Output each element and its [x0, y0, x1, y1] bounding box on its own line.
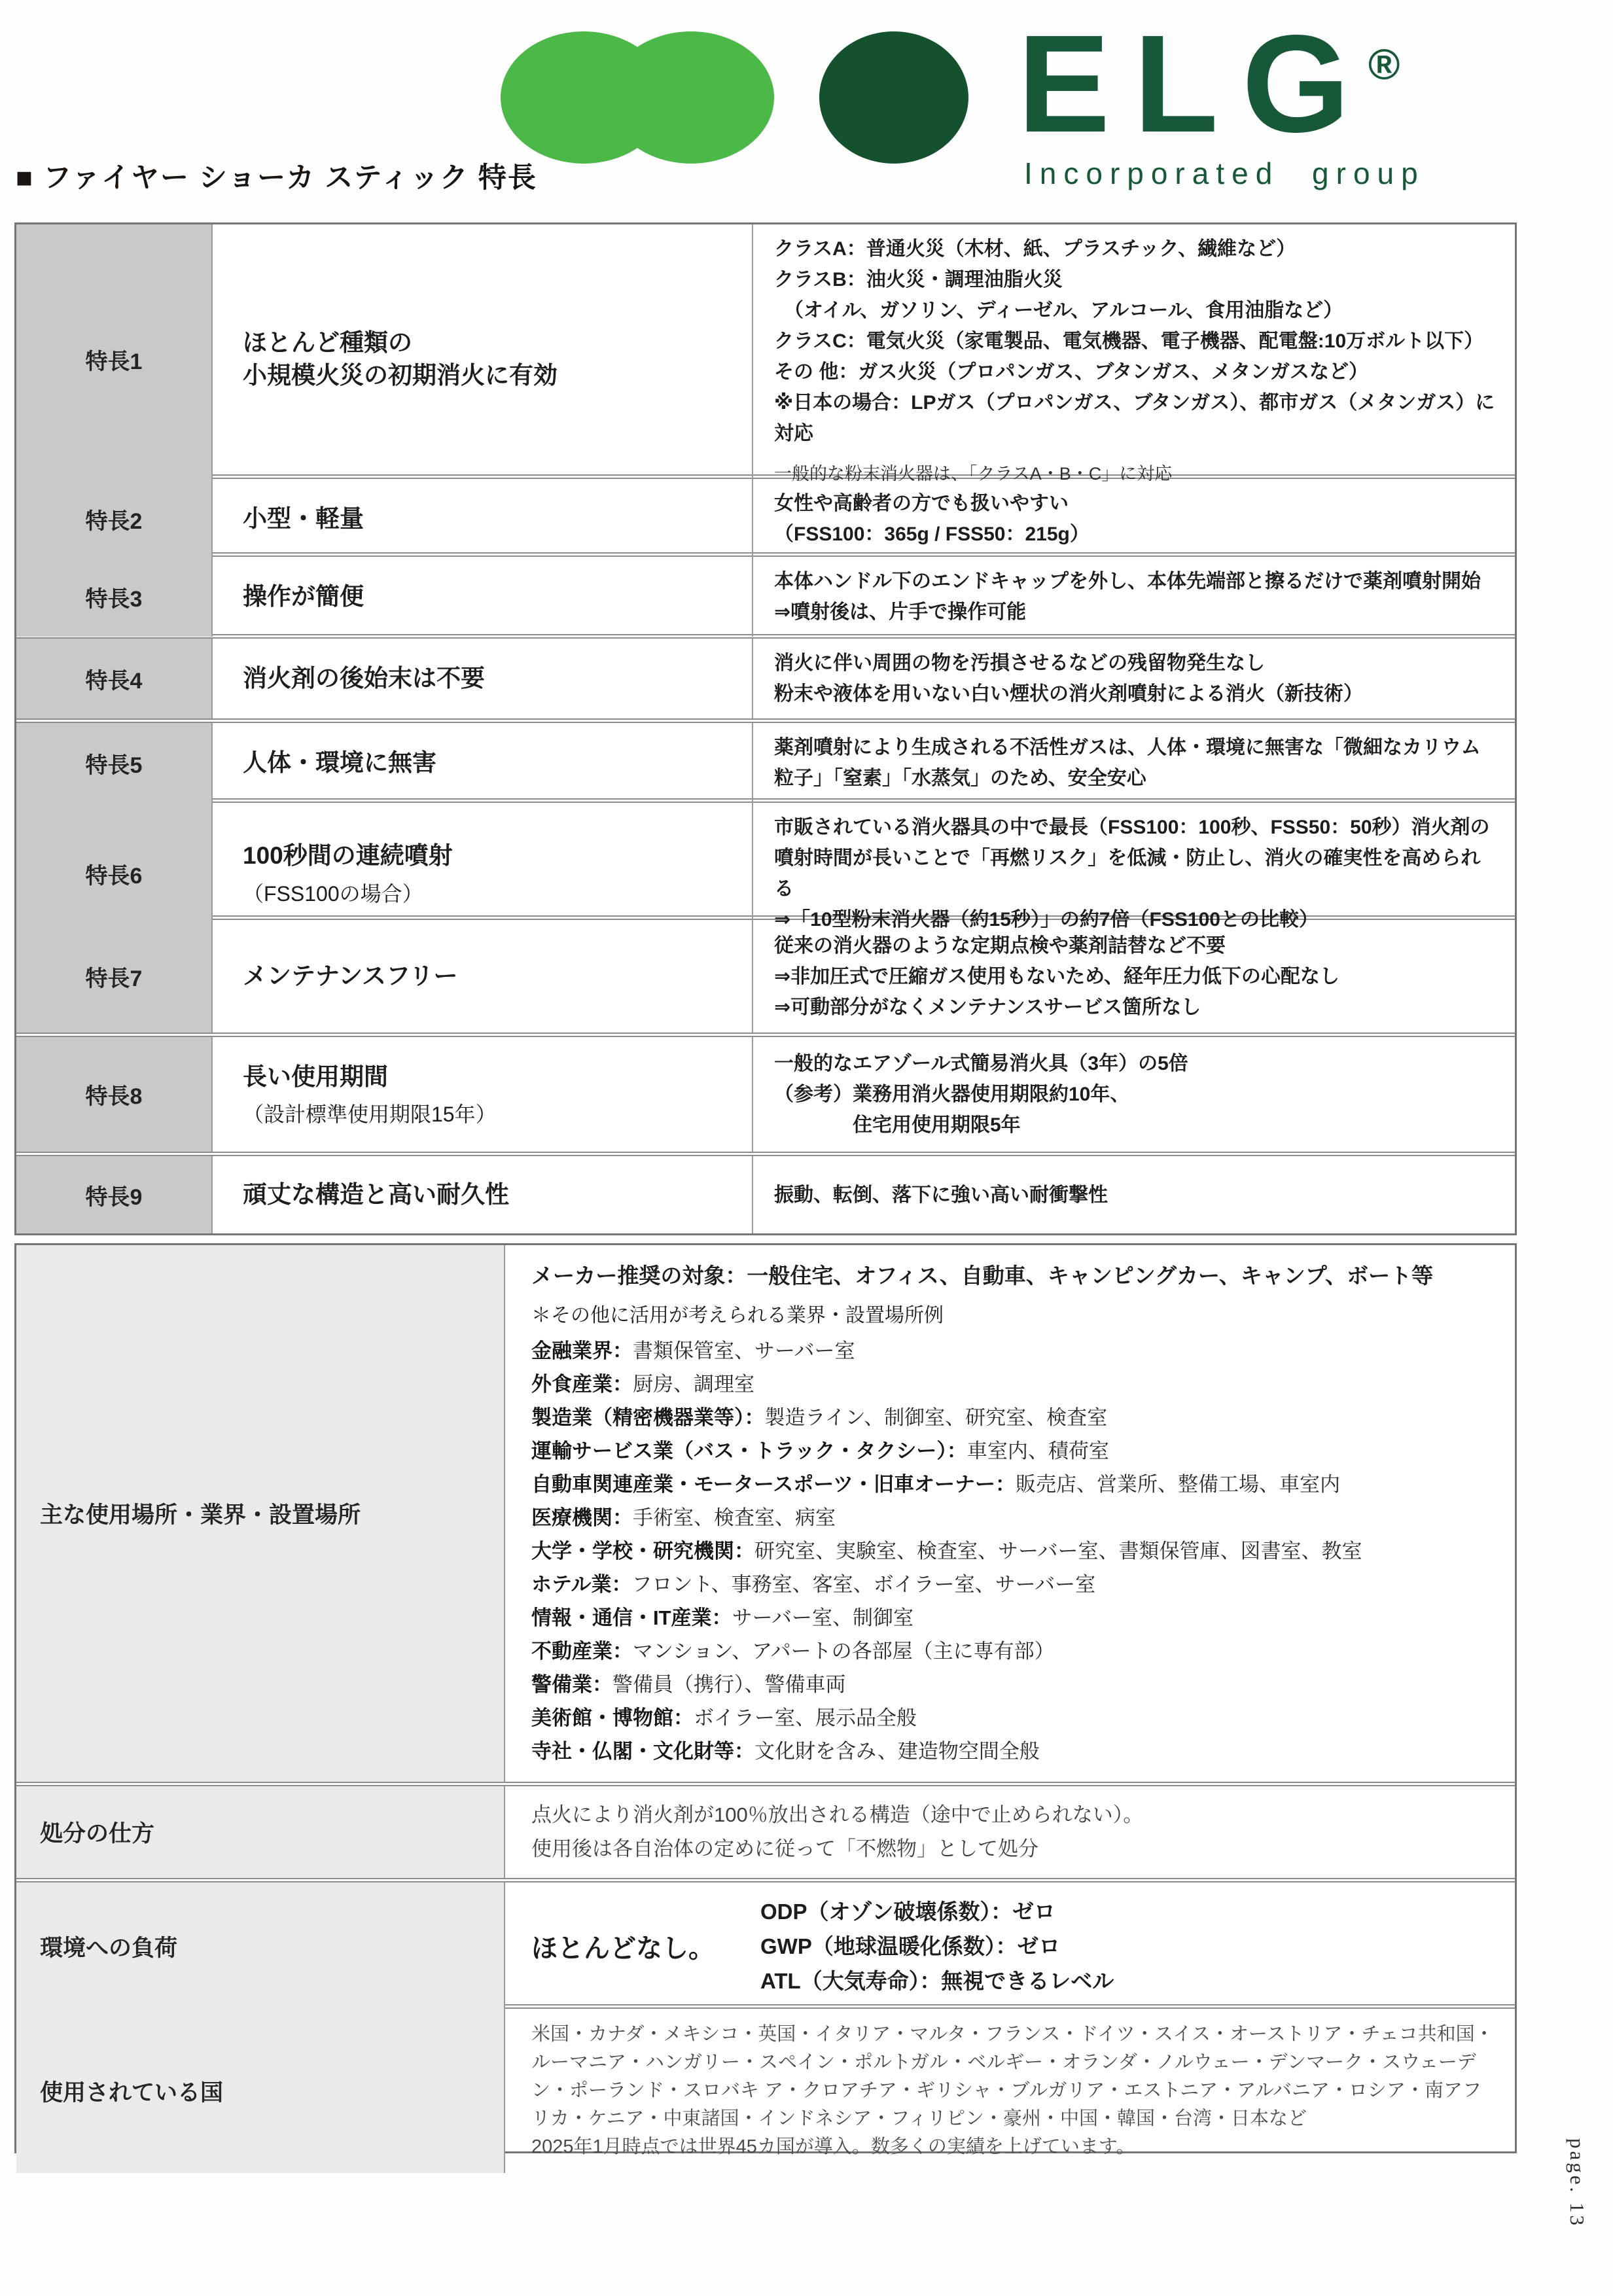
- feature-desc-cell: 従来の消火器のような定期点検や薬剤詰替など不要 ⇒非加圧式で圧縮ガス使用もないた…: [752, 920, 1515, 1033]
- feature-title: ほとんど種類の 小規模火災の初期消火に有効: [243, 327, 739, 392]
- feature-label: 特長2: [16, 479, 211, 559]
- feature-desc-cell: 消火に伴い周囲の物を汚損させるなどの残留物発生なし 粉末や液体を用いない白い煙状…: [752, 639, 1515, 718]
- table-row: 特長2 小型・軽量 女性や高齢者の方でも扱いやすい （FSS100：365g /…: [16, 474, 1515, 552]
- list-item: 製造業（精密機器業等）：製造ライン、制御室、研究室、検査室: [531, 1401, 1499, 1434]
- usage-category: 外食産業：: [531, 1373, 633, 1396]
- info-table: 主な使用場所・業界・設置場所 メーカー推奨の対象：一般住宅、オフィス、自動車、キ…: [14, 1243, 1517, 2153]
- usage-places: ボイラー室、展示品全般: [694, 1706, 917, 1729]
- feature-title: 長い使用期間: [243, 1061, 739, 1093]
- environment-content: ほとんどなし。 ODP（オゾン破壊係数）：ゼロ GWP（地球温暖化係数）：ゼロ …: [531, 1894, 1499, 1998]
- feature-label: 特長7: [16, 920, 211, 1033]
- table-row: 処分の仕方 点火により消火剤が100％放出される構造（途中で止められない）。 使…: [16, 1782, 1515, 1878]
- environment-metrics: ODP（オゾン破壊係数）：ゼロ GWP（地球温暖化係数）：ゼロ ATL（大気寿命…: [760, 1894, 1114, 1998]
- list-item: 警備業：警備員（携行）、警備車両: [531, 1668, 1499, 1701]
- info-label: 環境への負荷: [16, 1882, 504, 2010]
- usage-category: ホテル業：: [531, 1573, 631, 1596]
- usage-places: サーバー室、制御室: [732, 1606, 913, 1629]
- feature-subtitle: （FSS100の場合）: [243, 877, 739, 908]
- logo-ellipse-icon: [819, 31, 968, 164]
- brand-subtitle: Incorporated group: [1024, 156, 1425, 191]
- page-number: page. 13: [1565, 2138, 1589, 2228]
- list-item: 金融業界：書類保管室、サーバー室: [531, 1334, 1499, 1368]
- table-row: 特長9 頑丈な構造と高い耐久性 振動、転倒、落下に強い高い耐衝撃性: [16, 1152, 1515, 1233]
- usage-recommend: メーカー推奨の対象：一般住宅、オフィス、自動車、キャンピングカー、キャンプ、ボー…: [531, 1259, 1499, 1290]
- logo-blob-right-icon: [608, 31, 774, 164]
- list-item: 美術館・博物館：ボイラー室、展示品全般: [531, 1701, 1499, 1735]
- disposal-cell: 点火により消火剤が100％放出される構造（途中で止められない）。 使用後は各自治…: [504, 1786, 1515, 1878]
- feature-desc: 市販されている消火器具の中で最長（FSS100：100秒、FSS50：50秒）消…: [774, 812, 1499, 935]
- brand-text: ELG: [1018, 6, 1374, 161]
- usage-category: 情報・通信・IT産業：: [531, 1606, 732, 1629]
- feature-desc: 消火に伴い周囲の物を汚損させるなどの残留物発生なし 粉末や液体を用いない白い煙状…: [774, 648, 1499, 709]
- usage-category: 金融業界：: [531, 1339, 633, 1362]
- feature-title-cell: メンテナンスフリー: [211, 920, 752, 1033]
- feature-title-cell: 小型・軽量: [211, 479, 752, 559]
- table-row: 環境への負荷 ほとんどなし。 ODP（オゾン破壊係数）：ゼロ GWP（地球温暖化…: [16, 1878, 1515, 2004]
- table-row: 主な使用場所・業界・設置場所 メーカー推奨の対象：一般住宅、オフィス、自動車、キ…: [16, 1245, 1515, 1782]
- table-row: 特長7 メンテナンスフリー 従来の消火器のような定期点検や薬剤詰替など不要 ⇒非…: [16, 915, 1515, 1033]
- table-row: 特長5 人体・環境に無害 薬剤噴射により生成される不活性ガスは、人体・環境に無害…: [16, 718, 1515, 798]
- table-row: 特長6 100秒間の連続噴射 （FSS100の場合） 市販されている消火器具の中…: [16, 798, 1515, 915]
- feature-desc: 薬剤噴射により生成される不活性ガスは、人体・環境に無害な「微細なカリウム粒子」「…: [774, 732, 1499, 794]
- usage-category: 不動産業：: [531, 1640, 633, 1663]
- usage-places: 手術室、検査室、病室: [633, 1506, 836, 1529]
- usage-places: 研究室、実験室、検査室、サーバー室、書類保管庫、図書室、教室: [754, 1540, 1362, 1563]
- feature-title: 100秒間の連続噴射: [243, 839, 739, 872]
- table-row: 使用されている国 米国・カナダ・メキシコ・英国・イタリア・マルタ・フランス・ドイ…: [16, 2004, 1515, 2151]
- feature-desc: クラスA：普通火災（木材、紙、プラスチック、繊維など） クラスB：油火災・調理油…: [774, 234, 1499, 449]
- info-label: 処分の仕方: [16, 1786, 504, 1878]
- usage-places: 厨房、調理室: [633, 1373, 754, 1396]
- registered-trademark-icon: ®: [1368, 40, 1400, 88]
- feature-desc: 一般的なエアゾール式簡易消火具（3年）の5倍 （参考）業務用消火器使用期限約10…: [774, 1048, 1499, 1140]
- document-page: ELG® Incorporated group ■ ファイヤー ショーカ スティ…: [0, 0, 1613, 2296]
- list-item: 不動産業：マンション、アパートの各部屋（主に専有部）: [531, 1634, 1499, 1668]
- usage-list: 金融業界：書類保管室、サーバー室 外食産業：厨房、調理室 製造業（精密機器業等）…: [531, 1334, 1499, 1768]
- environment-lead: ほとんどなし。: [531, 1928, 715, 1965]
- feature-label: 特長1: [16, 224, 211, 494]
- usage-category: 自動車関連産業・モータースポーツ・旧車オーナー：: [531, 1473, 1016, 1496]
- usage-places: 製造ライン、制御室、研究室、検査室: [765, 1406, 1108, 1429]
- feature-desc-cell: 女性や高齢者の方でも扱いやすい （FSS100：365g / FSS50：215…: [752, 479, 1515, 559]
- usage-places: 文化財を含み、建造物空間全般: [754, 1740, 1040, 1763]
- feature-title: 操作が簡便: [243, 580, 739, 613]
- list-item: 情報・通信・IT産業：サーバー室、制御室: [531, 1601, 1499, 1634]
- feature-title-cell: 長い使用期間 （設計標準使用期限15年）: [211, 1037, 752, 1152]
- list-item: ホテル業：フロント、事務室、客室、ボイラー室、サーバー室: [531, 1568, 1499, 1601]
- features-table: 特長1 ほとんど種類の 小規模火災の初期消火に有効 クラスA：普通火災（木材、紙…: [14, 222, 1517, 1235]
- feature-title-cell: 操作が簡便: [211, 557, 752, 637]
- feature-title: 頑丈な構造と高い耐久性: [243, 1178, 739, 1211]
- feature-label: 特長3: [16, 557, 211, 637]
- usage-category: 医療機関：: [531, 1506, 633, 1529]
- table-row: 特長3 操作が簡便 本体ハンドル下のエンドキャップを外し、本体先端部と擦るだけで…: [16, 552, 1515, 634]
- info-label: 使用されている国: [16, 2009, 504, 2173]
- usage-category: 寺社・仏閣・文化財等：: [531, 1740, 754, 1763]
- feature-subtitle: （設計標準使用期限15年）: [243, 1098, 739, 1128]
- usage-category: 運輸サービス業（バス・トラック・タクシー）：: [531, 1439, 967, 1462]
- usage-places: フロント、事務室、客室、ボイラー室、サーバー室: [631, 1573, 1095, 1596]
- elg-logo: ELG® Incorporated group: [501, 26, 1495, 196]
- feature-desc-cell: 本体ハンドル下のエンドキャップを外し、本体先端部と擦るだけで薬剤噴射開始 ⇒噴射…: [752, 557, 1515, 637]
- feature-title-cell: ほとんど種類の 小規模火災の初期消火に有効: [211, 224, 752, 494]
- feature-label: 特長8: [16, 1037, 211, 1152]
- feature-desc-cell: 振動、転倒、落下に強い高い耐衝撃性: [752, 1156, 1515, 1233]
- usage-note: ＊その他に活用が考えられる業界・設置場所例: [531, 1299, 1499, 1328]
- feature-desc-cell: 一般的なエアゾール式簡易消火具（3年）の5倍 （参考）業務用消火器使用期限約10…: [752, 1037, 1515, 1152]
- countries-cell: 米国・カナダ・メキシコ・英国・イタリア・マルタ・フランス・ドイツ・スイス・オース…: [504, 2009, 1515, 2173]
- list-item: 外食産業：厨房、調理室: [531, 1368, 1499, 1401]
- list-item: 医療機関：手術室、検査室、病室: [531, 1501, 1499, 1534]
- page-title: ■ ファイヤー ショーカ スティック 特長: [16, 156, 537, 196]
- usage-places: 販売店、営業所、整備工場、車室内: [1016, 1473, 1340, 1496]
- feature-label: 特長5: [16, 723, 211, 803]
- usage-places: 車室内、積荷室: [967, 1439, 1109, 1462]
- feature-desc: 従来の消火器のような定期点検や薬剤詰替など不要 ⇒非加圧式で圧縮ガス使用もないた…: [774, 930, 1499, 1023]
- disposal-desc: 点火により消火剤が100％放出される構造（途中で止められない）。 使用後は各自治…: [531, 1798, 1499, 1866]
- feature-title-cell: 人体・環境に無害: [211, 723, 752, 803]
- usage-places: 書類保管室、サーバー室: [633, 1339, 855, 1362]
- brand-wordmark: ELG®: [1018, 4, 1405, 164]
- table-row: 特長8 長い使用期間 （設計標準使用期限15年） 一般的なエアゾール式簡易消火具…: [16, 1033, 1515, 1152]
- countries-desc: 米国・カナダ・メキシコ・英国・イタリア・マルタ・フランス・ドイツ・スイス・オース…: [531, 2021, 1499, 2161]
- usage-category: 美術館・博物館：: [531, 1706, 694, 1729]
- feature-desc-cell: クラスA：普通火災（木材、紙、プラスチック、繊維など） クラスB：油火災・調理油…: [752, 224, 1515, 494]
- feature-label: 特長4: [16, 639, 211, 718]
- usage-cell: メーカー推奨の対象：一般住宅、オフィス、自動車、キャンピングカー、キャンプ、ボー…: [504, 1245, 1515, 1782]
- usage-category: 警備業：: [531, 1673, 612, 1696]
- list-item: 寺社・仏閣・文化財等：文化財を含み、建造物空間全般: [531, 1735, 1499, 1768]
- feature-title: 人体・環境に無害: [243, 747, 739, 779]
- table-row: 特長1 ほとんど種類の 小規模火災の初期消火に有効 クラスA：普通火災（木材、紙…: [16, 224, 1515, 474]
- usage-category: 製造業（精密機器業等）：: [531, 1406, 765, 1429]
- list-item: 大学・学校・研究機関：研究室、実験室、検査室、サーバー室、書類保管庫、図書室、教…: [531, 1534, 1499, 1568]
- list-item: 運輸サービス業（バス・トラック・タクシー）：車室内、積荷室: [531, 1434, 1499, 1468]
- feature-title: 小型・軽量: [243, 503, 739, 535]
- environment-cell: ほとんどなし。 ODP（オゾン破壊係数）：ゼロ GWP（地球温暖化係数）：ゼロ …: [504, 1882, 1515, 2010]
- feature-desc: 女性や高齢者の方でも扱いやすい （FSS100：365g / FSS50：215…: [774, 488, 1499, 550]
- feature-desc-cell: 薬剤噴射により生成される不活性ガスは、人体・環境に無害な「微細なカリウム粒子」「…: [752, 723, 1515, 803]
- info-label: 主な使用場所・業界・設置場所: [16, 1245, 504, 1782]
- list-item: 自動車関連産業・モータースポーツ・旧車オーナー：販売店、営業所、整備工場、車室内: [531, 1468, 1499, 1501]
- feature-title-cell: 頑丈な構造と高い耐久性: [211, 1156, 752, 1233]
- feature-title-cell: 消火剤の後始末は不要: [211, 639, 752, 718]
- feature-desc: 本体ハンドル下のエンドキャップを外し、本体先端部と擦るだけで薬剤噴射開始 ⇒噴射…: [774, 566, 1499, 627]
- feature-desc: 振動、転倒、落下に強い高い耐衝撃性: [774, 1180, 1499, 1210]
- usage-category: 大学・学校・研究機関：: [531, 1540, 754, 1563]
- feature-label: 特長9: [16, 1156, 211, 1233]
- feature-title: 消火剤の後始末は不要: [243, 662, 739, 695]
- table-row: 特長4 消火剤の後始末は不要 消火に伴い周囲の物を汚損させるなどの残留物発生なし…: [16, 634, 1515, 718]
- usage-places: マンション、アパートの各部屋（主に専有部）: [633, 1640, 1055, 1663]
- feature-title: メンテナンスフリー: [243, 960, 739, 993]
- usage-places: 警備員（携行）、警備車両: [612, 1673, 846, 1696]
